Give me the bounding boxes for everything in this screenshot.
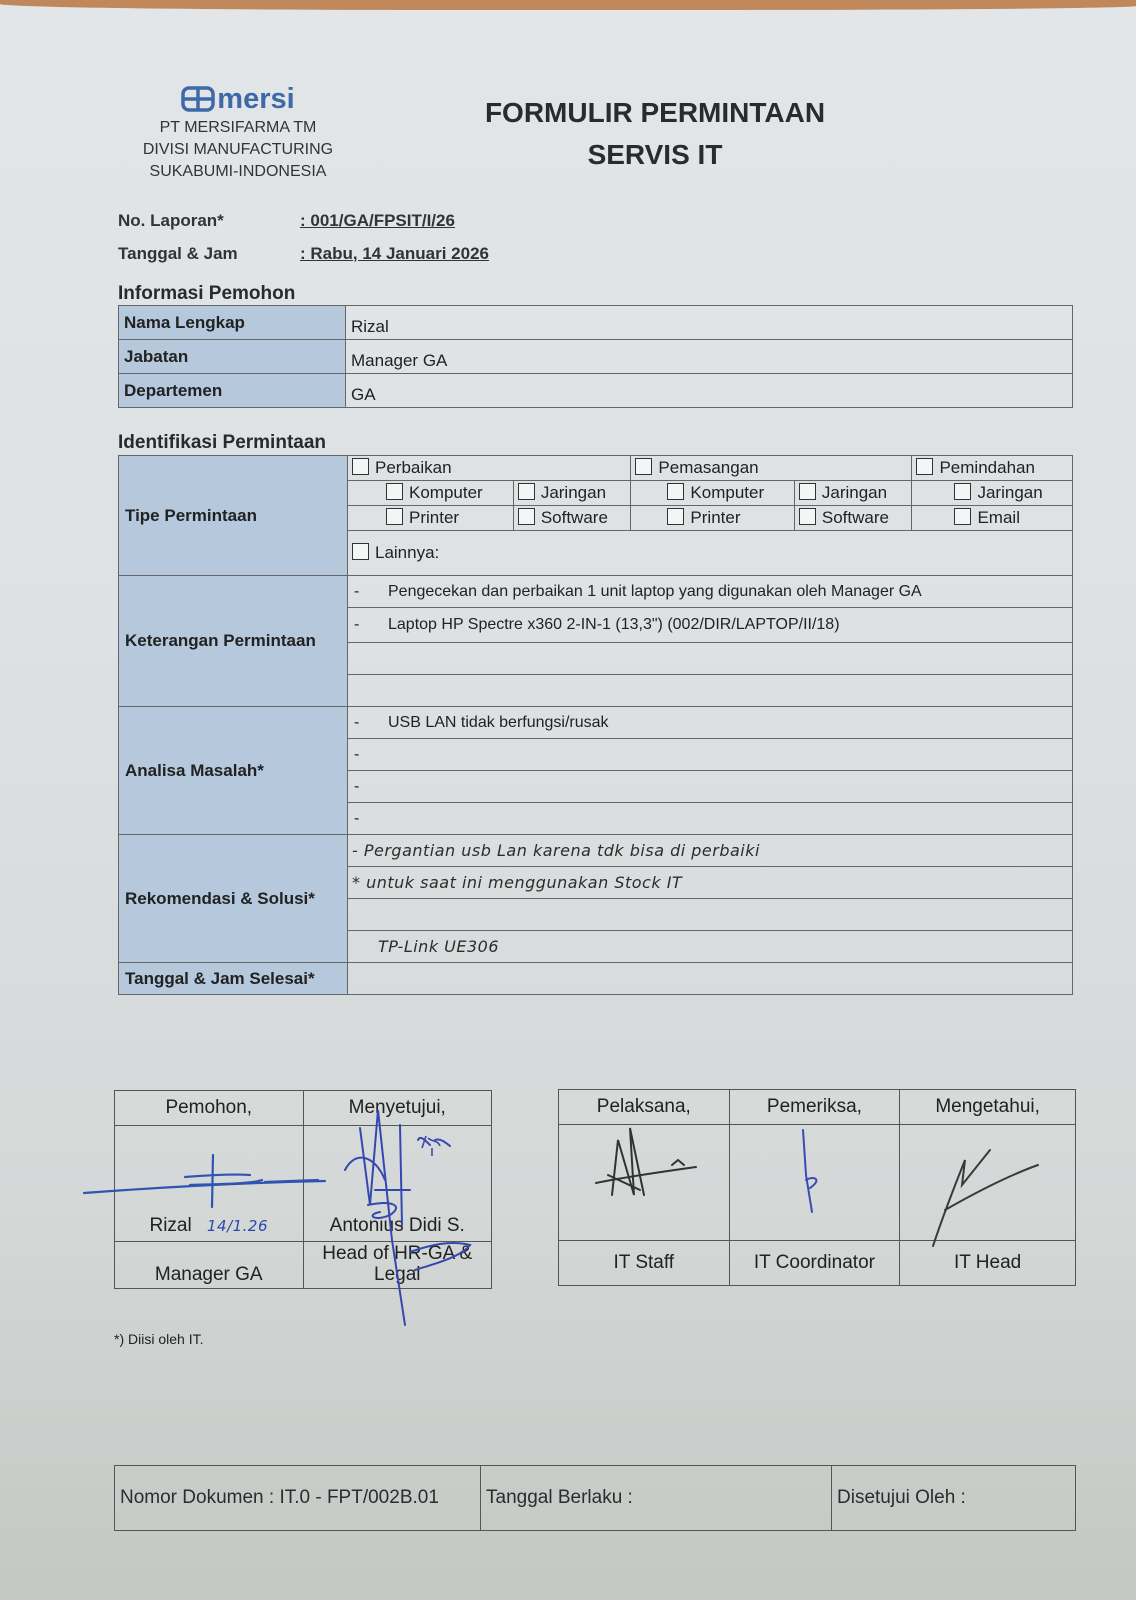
option-label: Printer — [409, 508, 459, 527]
type-lainnya-label: Lainnya: — [375, 543, 439, 562]
report-number-label: No. Laporan* — [118, 211, 300, 231]
checker-signature-box[interactable] — [729, 1125, 900, 1241]
form-page: mersi PT MERSIFARMA TM DIVISI MANUFACTUR… — [0, 0, 1136, 1600]
analysis-line[interactable]: - — [348, 739, 1073, 771]
checkbox-icon[interactable] — [667, 508, 684, 525]
checkbox-icon[interactable] — [386, 508, 403, 525]
type-pemasangan[interactable]: Pemasangan — [631, 456, 912, 481]
company-header: mersi PT MERSIFARMA TM DIVISI MANUFACTUR… — [128, 84, 348, 183]
description-line[interactable] — [348, 675, 1073, 707]
recommendation-line[interactable]: * untuk saat ini menggunakan Stock IT — [348, 867, 1073, 899]
approver-role: Menyetujui, — [303, 1091, 492, 1126]
recommendation-line[interactable] — [348, 899, 1073, 931]
department-value: GA — [346, 374, 1073, 408]
checker-position: IT Coordinator — [729, 1241, 900, 1286]
form-title-line-2: SERVIS IT — [460, 134, 850, 176]
report-number-value: : 001/GA/FPSIT/I/26 — [300, 211, 491, 231]
checkbox-icon[interactable] — [352, 543, 369, 560]
checkbox-icon[interactable] — [635, 458, 652, 475]
checkbox-icon[interactable] — [799, 508, 816, 525]
type-pemindahan[interactable]: Pemindahan — [912, 456, 1073, 481]
option-label: Komputer — [409, 483, 483, 502]
request-type-label: Tipe Permintaan — [119, 456, 348, 576]
checker-role: Pemeriksa, — [729, 1090, 900, 1125]
checkbox-icon[interactable] — [916, 458, 933, 475]
company-location: SUKABUMI-INDONESIA — [128, 161, 348, 183]
option-label: Komputer — [690, 483, 764, 502]
perbaikan-komputer[interactable]: Komputer — [348, 481, 514, 506]
finish-datetime-label: Tanggal & Jam Selesai* — [119, 963, 348, 995]
checkbox-icon[interactable] — [518, 508, 535, 525]
checkbox-icon[interactable] — [667, 483, 684, 500]
checkbox-icon[interactable] — [352, 458, 369, 475]
checkbox-icon[interactable] — [954, 483, 971, 500]
type-lainnya[interactable]: Lainnya: — [348, 531, 1073, 576]
recommendation-line[interactable]: TP-Link UE306 — [348, 931, 1073, 963]
requester-name: Rizal — [149, 1215, 191, 1236]
department-label: Departemen — [119, 374, 346, 408]
description-line[interactable]: -Laptop HP Spectre x360 2-IN-1 (13,3") (… — [348, 608, 1073, 643]
recommendation-label: Rekomendasi & Solusi* — [119, 835, 348, 963]
acknowledger-role: Mengetahui, — [900, 1090, 1076, 1125]
perbaikan-software[interactable]: Software — [513, 506, 631, 531]
option-label: Jaringan — [541, 483, 606, 502]
datetime-label: Tanggal & Jam — [118, 244, 300, 264]
approver-position: Head of HR-GA & Legal — [303, 1242, 492, 1289]
checkbox-icon[interactable] — [799, 483, 816, 500]
table-row: Nama Lengkap Rizal — [119, 306, 1073, 340]
report-meta: No. Laporan* : 001/GA/FPSIT/I/26 Tanggal… — [118, 204, 491, 270]
executor-role: Pelaksana, — [559, 1090, 730, 1125]
approved-by: Disetujui Oleh : — [832, 1466, 1076, 1531]
type-perbaikan[interactable]: Perbaikan — [348, 456, 631, 481]
datetime-value: : Rabu, 14 Januari 2026 — [300, 244, 489, 264]
company-name: PT MERSIFARMA TM — [128, 117, 348, 139]
analysis-label: Analisa Masalah* — [119, 707, 348, 835]
applicant-table: Nama Lengkap Rizal Jabatan Manager GA De… — [118, 305, 1073, 408]
pemasangan-software[interactable]: Software — [794, 506, 912, 531]
option-label: Software — [541, 508, 608, 527]
form-title-line-1: FORMULIR PERMINTAAN — [460, 92, 850, 134]
perbaikan-printer[interactable]: Printer — [348, 506, 514, 531]
signature-table-it: Pelaksana, Pemeriksa, Mengetahui, IT Sta… — [558, 1089, 1076, 1286]
finish-datetime-value[interactable] — [348, 963, 1073, 995]
form-title: FORMULIR PERMINTAAN SERVIS IT — [460, 92, 850, 176]
description-line[interactable]: -Pengecekan dan perbaikan 1 unit laptop … — [348, 576, 1073, 608]
pemasangan-komputer[interactable]: Komputer — [631, 481, 794, 506]
request-table: Tipe Permintaan Perbaikan Pemasangan Pem… — [118, 455, 1073, 995]
pemasangan-printer[interactable]: Printer — [631, 506, 794, 531]
company-logo: mersi — [181, 84, 294, 114]
document-footer: Nomor Dokumen : IT.0 - FPT/002B.01 Tangg… — [114, 1465, 1076, 1531]
logo-mark-icon — [181, 86, 215, 112]
pemindahan-jaringan[interactable]: Jaringan — [912, 481, 1073, 506]
analysis-line[interactable]: - — [348, 803, 1073, 835]
company-division: DIVISI MANUFACTURING — [128, 139, 348, 161]
table-row: Departemen GA — [119, 374, 1073, 408]
checkbox-icon[interactable] — [386, 483, 403, 500]
type-pemasangan-label: Pemasangan — [658, 458, 758, 477]
table-row: Jabatan Manager GA — [119, 340, 1073, 374]
position-value: Manager GA — [346, 340, 1073, 374]
option-label: Email — [977, 508, 1020, 527]
requester-position: Manager GA — [115, 1242, 304, 1289]
acknowledger-position: IT Head — [900, 1241, 1076, 1286]
request-section-title: Identifikasi Permintaan — [118, 432, 326, 454]
signature-table-requester: Pemohon, Menyetujui, Rizal 14/1.26 Anton… — [114, 1090, 492, 1289]
executor-signature-box[interactable] — [559, 1125, 730, 1241]
full-name-value: Rizal — [346, 306, 1073, 340]
requester-signature-box[interactable]: Rizal 14/1.26 — [115, 1126, 304, 1242]
effective-date: Tanggal Berlaku : — [481, 1466, 832, 1531]
recommendation-line[interactable]: - Pergantian usb Lan karena tdk bisa di … — [348, 835, 1073, 867]
option-label: Jaringan — [977, 483, 1042, 502]
requester-role: Pemohon, — [115, 1091, 304, 1126]
perbaikan-jaringan[interactable]: Jaringan — [513, 481, 631, 506]
option-label: Printer — [690, 508, 740, 527]
acknowledger-signature-box[interactable] — [900, 1125, 1076, 1241]
pemindahan-email[interactable]: Email — [912, 506, 1073, 531]
option-label: Jaringan — [822, 483, 887, 502]
approver-name: Antonius Didi S. — [330, 1215, 465, 1236]
logo-text: mersi — [217, 84, 294, 114]
description-label: Keterangan Permintaan — [119, 576, 348, 707]
type-pemindahan-label: Pemindahan — [939, 458, 1034, 477]
description-text: Pengecekan dan perbaikan 1 unit laptop y… — [388, 583, 922, 600]
document-number: Nomor Dokumen : IT.0 - FPT/002B.01 — [115, 1466, 481, 1531]
description-line[interactable] — [348, 643, 1073, 675]
full-name-label: Nama Lengkap — [119, 306, 346, 340]
analysis-line[interactable]: -USB LAN tidak berfungsi/rusak — [348, 707, 1073, 739]
checkbox-icon[interactable] — [518, 483, 535, 500]
option-label: Software — [822, 508, 889, 527]
executor-position: IT Staff — [559, 1241, 730, 1286]
checkbox-icon[interactable] — [954, 508, 971, 525]
description-text: Laptop HP Spectre x360 2-IN-1 (13,3") (0… — [388, 616, 840, 633]
approver-signature-box[interactable]: Antonius Didi S. — [303, 1126, 492, 1242]
pemasangan-jaringan[interactable]: Jaringan — [794, 481, 912, 506]
analysis-text: USB LAN tidak berfungsi/rusak — [388, 714, 609, 731]
applicant-section-title: Informasi Pemohon — [118, 283, 295, 305]
type-perbaikan-label: Perbaikan — [375, 458, 452, 477]
requester-signed-date: 14/1.26 — [207, 1217, 268, 1235]
analysis-line[interactable]: - — [348, 771, 1073, 803]
position-label: Jabatan — [119, 340, 346, 374]
footnote: *) Diisi oleh IT. — [114, 1331, 203, 1347]
